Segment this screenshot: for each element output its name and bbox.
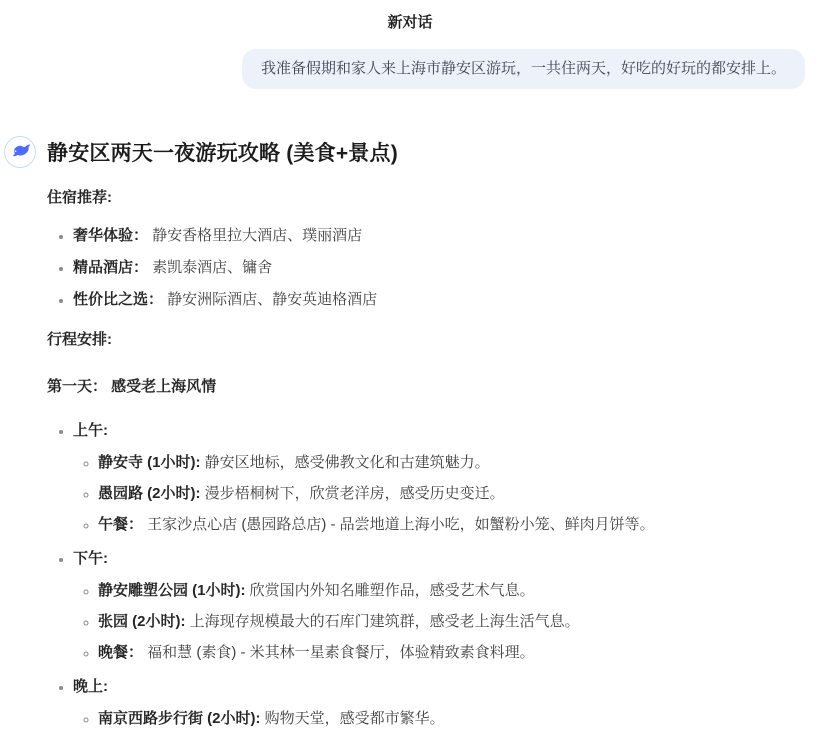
list-item: 奢华体验： 静安香格里拉大酒店、璞丽酒店	[73, 226, 790, 246]
hotel-tier-label: 性价比之选：	[73, 291, 163, 308]
assistant-response: 静安区两天一夜游玩攻略 (美食+景点) 住宿推荐: 奢华体验： 静安香格里拉大酒…	[0, 136, 820, 729]
day1-schedule-list: 上午: 静安寺 (1小时): 静安区地标，感受佛教文化和古建筑魅力。 愚园路 (…	[47, 421, 790, 729]
afternoon-items: 静安雕塑公园 (1小时): 欣赏国内外知名雕塑作品，感受艺术气息。 张园 (2小…	[73, 581, 790, 663]
activity-detail: 福和慧 (素食) - 米其林一星素食餐厅，体验精致素食料理。	[143, 644, 535, 661]
hotel-tier-label: 奢华体验：	[73, 227, 148, 244]
activity-label: 静安寺 (1小时):	[98, 454, 201, 471]
answer-title: 静安区两天一夜游玩攻略 (美食+景点)	[47, 137, 398, 167]
list-item: 性价比之选： 静安洲际酒店、静安英迪格酒店	[73, 290, 790, 310]
day1-label: 第一天： 感受老上海风情	[47, 377, 790, 397]
activity-label: 静安雕塑公园 (1小时):	[98, 582, 246, 599]
time-of-day-label: 上午:	[73, 422, 108, 439]
activity-detail: 购物天堂，感受都市繁华。	[261, 710, 445, 727]
activity-label: 午餐：	[98, 516, 143, 533]
user-message-bubble: 我准备假期和家人来上海市静安区游玩，一共住两天，好吃的好玩的都安排上。	[242, 49, 805, 89]
answer-body: 住宿推荐: 奢华体验： 静安香格里拉大酒店、璞丽酒店 精品酒店： 素凯泰酒店、镛…	[0, 188, 820, 729]
activity-label: 愚园路 (2小时):	[98, 485, 201, 502]
assistant-response-header: 静安区两天一夜游玩攻略 (美食+景点)	[0, 136, 820, 168]
activity-detail: 王家沙点心店 (愚园路总店) - 品尝地道上海小吃，如蟹粉小笼、鲜肉月饼等。	[143, 516, 655, 533]
list-item: 精品酒店： 素凯泰酒店、镛舍	[73, 258, 790, 278]
page-title: 新对话	[0, 0, 820, 32]
schedule-morning: 上午: 静安寺 (1小时): 静安区地标，感受佛教文化和古建筑魅力。 愚园路 (…	[73, 421, 790, 535]
schedule-evening: 晚上: 南京西路步行街 (2小时): 购物天堂，感受都市繁华。	[73, 677, 790, 729]
list-item: 静安寺 (1小时): 静安区地标，感受佛教文化和古建筑魅力。	[98, 453, 790, 473]
schedule-afternoon: 下午: 静安雕塑公园 (1小时): 欣赏国内外知名雕塑作品，感受艺术气息。 张园…	[73, 549, 790, 663]
activity-detail: 欣赏国内外知名雕塑作品，感受艺术气息。	[246, 582, 535, 599]
hotels-section-label: 住宿推荐:	[47, 188, 790, 208]
hotels-list: 奢华体验： 静安香格里拉大酒店、璞丽酒店 精品酒店： 素凯泰酒店、镛舍 性价比之…	[47, 226, 790, 310]
activity-detail: 漫步梧桐树下，欣赏老洋房，感受历史变迁。	[201, 485, 505, 502]
time-of-day-label: 下午:	[73, 550, 108, 567]
activity-detail: 上海现存规模最大的石库门建筑群，感受老上海生活气息。	[186, 613, 580, 630]
list-item: 晚餐： 福和慧 (素食) - 米其林一星素食餐厅，体验精致素食料理。	[98, 643, 790, 663]
hotel-names: 静安洲际酒店、静安英迪格酒店	[163, 291, 377, 308]
list-item: 静安雕塑公园 (1小时): 欣赏国内外知名雕塑作品，感受艺术气息。	[98, 581, 790, 601]
evening-items: 南京西路步行街 (2小时): 购物天堂，感受都市繁华。	[73, 709, 790, 729]
time-of-day-label: 晚上:	[73, 678, 108, 695]
itinerary-section-label: 行程安排:	[47, 330, 790, 350]
avatar	[4, 136, 36, 168]
hotel-names: 静安香格里拉大酒店、璞丽酒店	[148, 227, 362, 244]
list-item: 张园 (2小时): 上海现存规模最大的石库门建筑群，感受老上海生活气息。	[98, 612, 790, 632]
activity-label: 张园 (2小时):	[98, 613, 186, 630]
list-item: 南京西路步行街 (2小时): 购物天堂，感受都市繁华。	[98, 709, 790, 729]
activity-detail: 静安区地标，感受佛教文化和古建筑魅力。	[201, 454, 490, 471]
user-message-row: 我准备假期和家人来上海市静安区游玩，一共住两天，好吃的好玩的都安排上。	[0, 49, 820, 89]
list-item: 午餐： 王家沙点心店 (愚园路总店) - 品尝地道上海小吃，如蟹粉小笼、鲜肉月饼…	[98, 515, 790, 535]
hotel-tier-label: 精品酒店：	[73, 259, 148, 276]
activity-label: 南京西路步行街 (2小时):	[98, 710, 261, 727]
list-item: 愚园路 (2小时): 漫步梧桐树下，欣赏老洋房，感受历史变迁。	[98, 484, 790, 504]
hotel-names: 素凯泰酒店、镛舍	[148, 259, 272, 276]
morning-items: 静安寺 (1小时): 静安区地标，感受佛教文化和古建筑魅力。 愚园路 (2小时)…	[73, 453, 790, 535]
activity-label: 晚餐：	[98, 644, 143, 661]
deepseek-whale-icon	[9, 141, 31, 163]
